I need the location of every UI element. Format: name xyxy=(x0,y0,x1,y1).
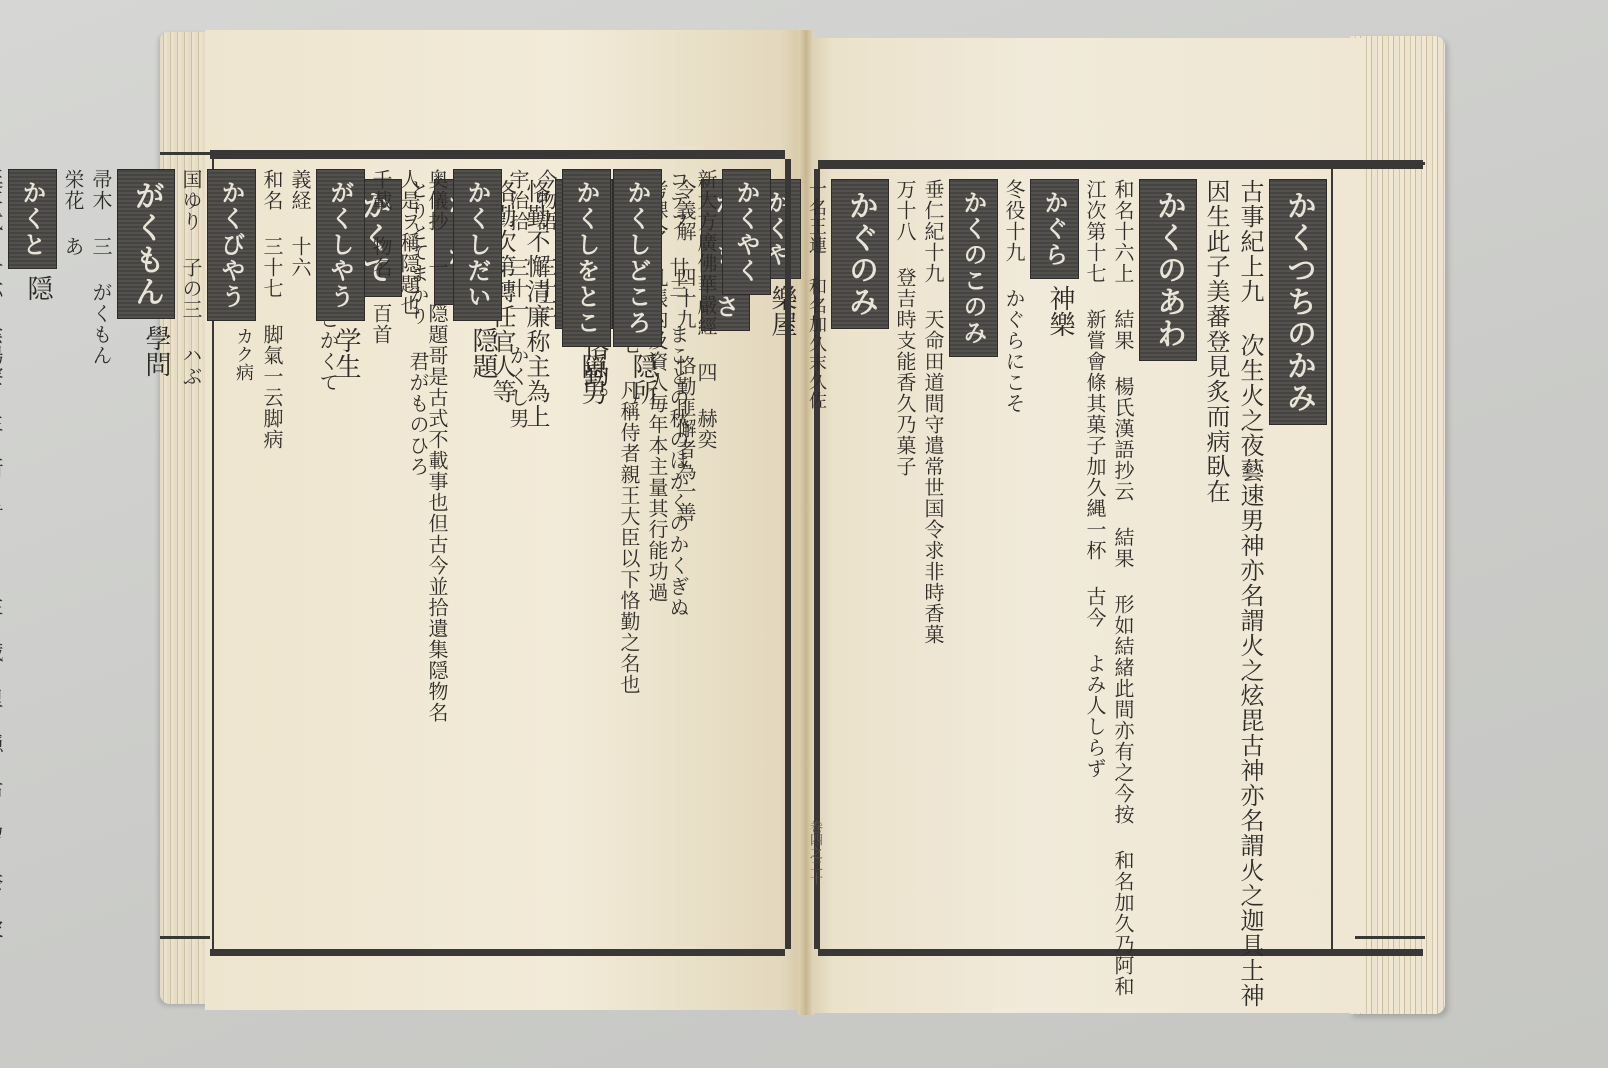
entry: かくしどころ 隠所 かくしをとこ 隠男 今物語 三十三 宇治拾 三十一 かくし男 xyxy=(504,169,662,941)
entry-text: 千載 物名 百首 xyxy=(367,169,395,723)
page-folio: 巻四之二十 xyxy=(805,820,824,885)
entry: がくしやう 学生 義経 十六 和名 三十七 脚氣一云脚病 xyxy=(258,169,365,941)
entry-text: 人是ヲ稱隠題也 xyxy=(395,169,423,723)
entry-text: 新大方廣佛華嚴經 四 赫奕 xyxy=(692,169,720,618)
headword: がくしやう xyxy=(316,169,365,321)
binding-mark xyxy=(160,152,210,155)
headword-kanji: 隠所 xyxy=(611,353,662,405)
headword-kanji: 隠題 xyxy=(451,327,502,379)
entry-text: 一名王連 和名加久末久佐 xyxy=(803,179,829,410)
headword-kanji: 隠 xyxy=(6,275,57,301)
headword: がくもん xyxy=(117,169,175,319)
entry: かくつちのかみ 古事紀上九 次生火之夜藝速男神亦名謂火之炫毘古神亦名謂火之迦具土… xyxy=(1199,179,1327,941)
entry: がくもん 學問 帚木 三 がくもん 栄花 あ xyxy=(59,169,175,941)
entry-text: 江次第十七 新嘗會條其菓子加久縄一杯 古今 よみ人しらず xyxy=(1081,179,1109,997)
entry: かぐら 神樂 冬役十九 かぐらにこそ xyxy=(1000,179,1079,941)
headword: かくのあわ xyxy=(1139,179,1197,361)
entry-text: 奥儀抄 一 隠題哥是古式不載事也但古今並拾遺集隠物名 xyxy=(423,169,451,723)
headword-kanji: カク病 xyxy=(205,327,256,381)
headword: かくしだい xyxy=(453,169,502,321)
right-page-text-frame: かくつちのかみ 古事紀上九 次生火之夜藝速男神亦名謂火之炫毘古神亦名謂火之迦具土… xyxy=(818,160,1423,956)
headword-kanji: 學問 xyxy=(115,325,175,377)
headword: かぐら xyxy=(1030,179,1079,279)
headword: かくしをとこ xyxy=(562,169,611,347)
entry: かくびやう カク病 国ゆり 子の三 ハぶ xyxy=(177,169,256,941)
left-page-text-frame: かくやく 新大方廣佛華嚴經 四 赫奕 コテフ 廿三 まことの秋のほかくのかくぎぬ… xyxy=(210,150,785,956)
headword-kanji: 神樂 xyxy=(1028,285,1079,337)
entry-text: 今物語 三十三 xyxy=(532,169,560,429)
entry-text: 万十八 登吉時支能香久乃菓子 xyxy=(891,179,919,645)
entry-text: コテフ 廿三 まことの秋のほかくのかくぎぬ xyxy=(664,169,692,618)
entry-text: 義経 十六 xyxy=(286,169,314,450)
headword: かくのこのみ xyxy=(949,179,998,357)
binding-mark xyxy=(1355,936,1425,939)
entry-text: 国ゆり 子の三 ハぶ xyxy=(177,169,205,387)
headword-kanji: 隠男 xyxy=(560,353,611,405)
entry-text: 宇治拾 三十一 かくし男 xyxy=(504,169,532,429)
entry: かくやく 新大方廣佛華嚴經 四 赫奕 コテフ 廿三 まことの秋のほかくのかくぎぬ xyxy=(664,169,771,941)
entry-text: 古事紀上九 次生火之夜藝速男神亦名謂火之炫毘古神亦名謂火之迦具土神 xyxy=(1233,179,1267,1008)
headword: かくやく xyxy=(722,169,771,295)
binding-mark xyxy=(160,936,210,939)
headword: かくつちのかみ xyxy=(1269,179,1327,425)
entry-text: 栄花 あ xyxy=(59,169,87,366)
headword: かくしどころ xyxy=(613,169,662,347)
left-page-columns: かくやく 新大方廣佛華嚴經 四 赫奕 コテフ 廿三 まことの秋のほかくのかくぎぬ… xyxy=(220,169,771,941)
entry-text: 冬役十九 かぐらにこそ xyxy=(1000,179,1028,414)
headword: かくと xyxy=(8,169,57,269)
headword: かぐのみ xyxy=(831,179,889,329)
frame-rule xyxy=(1331,169,1333,949)
right-page-columns: かくつちのかみ 古事紀上九 次生火之夜藝速男神亦名謂火之炫毘古神亦名謂火之迦具土… xyxy=(828,179,1327,941)
entry: かくのこのみ 垂仁紀十九 天命田道間守遣常世国令求非時香菓 万十八 登吉時支能香… xyxy=(891,179,998,941)
entry-text: 因生此子美蕃登見炙而病臥在 xyxy=(1199,179,1233,1008)
headword: かくびやう xyxy=(207,169,256,321)
entry: かくと 隠 延喜式 十六 陰陽寮 主 所 村 々 在 藏 里 隠 布 留 奈 波 xyxy=(0,169,57,941)
entry-text: 垂仁紀十九 天命田道間守遣常世国令求非時香菓 xyxy=(919,179,947,645)
entry-text: 和名十六上 結果 楊氏漢語抄云 結果 形如結緒此間亦有之今按 和名加久乃阿和 xyxy=(1109,179,1137,997)
entry: かくのあわ 和名十六上 結果 楊氏漢語抄云 結果 形如結緒此間亦有之今按 和名加… xyxy=(1081,179,1197,941)
entry-text: 帚木 三 がくもん xyxy=(87,169,115,366)
entry-text: 和名 三十七 脚氣一云脚病 xyxy=(258,169,286,450)
entry: かくしだい 隠題 奥儀抄 一 隠題哥是古式不載事也但古今並拾遺集隠物名 人是ヲ稱… xyxy=(367,169,502,941)
frame-rule xyxy=(785,159,791,949)
headword-kanji: 学生 xyxy=(314,327,365,379)
binding-mark xyxy=(1355,162,1425,165)
